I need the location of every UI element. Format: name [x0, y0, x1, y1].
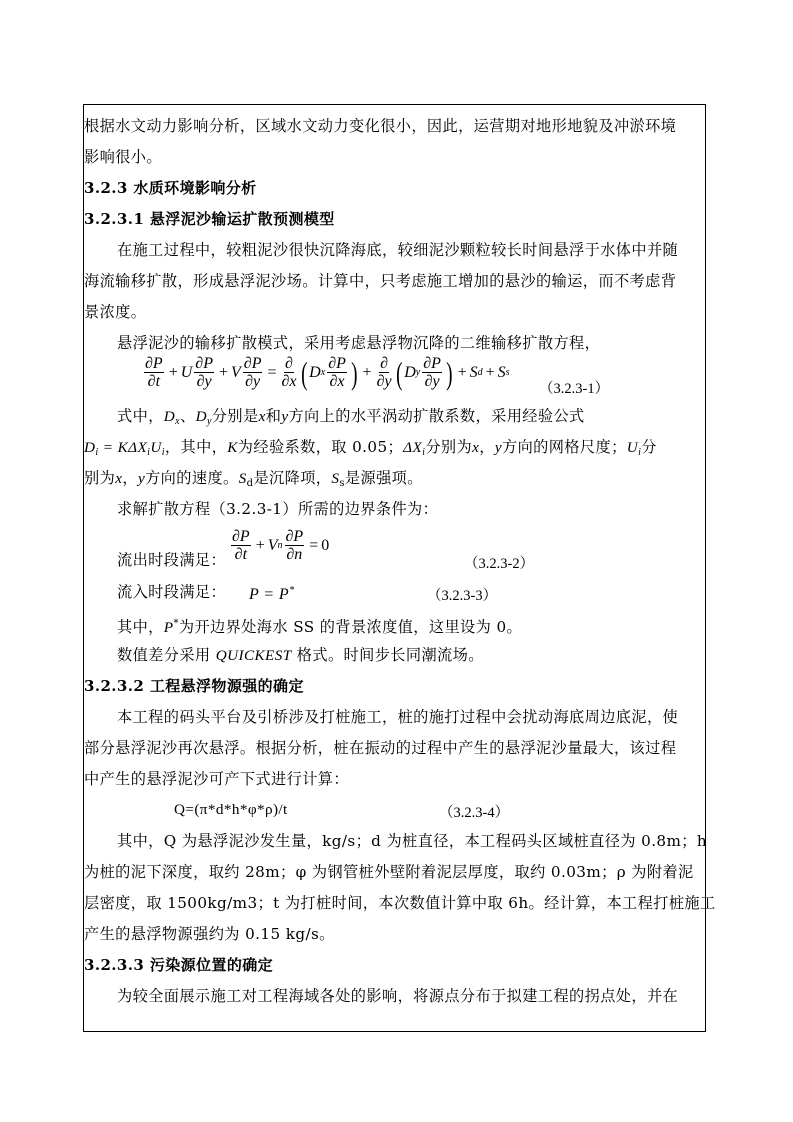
text-run: 分	[641, 438, 657, 456]
paragraph-line: 式中，Dx、Dy分别是x和y方向上的水平涡动扩散系数，采用经验公式	[117, 407, 585, 431]
math-operator: +	[219, 364, 228, 382]
paragraph-line: 别为x，y方向的速度。Sd是沉降项，Ss是源强项。	[84, 469, 423, 493]
equation-inflow-boundary: P = P*	[249, 582, 294, 604]
text-run: 为开边界处海水 SS 的背景浓度值，这里设为 0。	[179, 618, 522, 636]
text-run: ，	[479, 438, 495, 456]
math-subscript: d	[478, 367, 483, 378]
math-superscript: *	[289, 585, 294, 596]
text-run: 其中，	[117, 618, 164, 636]
math-term: ∂n	[286, 546, 302, 563]
text-run: 是沉降项，	[253, 469, 331, 487]
text-run: ，	[122, 469, 138, 487]
math-var: = KΔX	[99, 439, 148, 456]
math-subscript: s	[506, 367, 510, 378]
math-var: U	[627, 439, 638, 456]
text-run: 方向的网格尺度；	[502, 438, 627, 456]
math-term: ∂y	[197, 373, 212, 390]
subsection-heading: 3.2.3.3 污染源位置的确定	[84, 956, 273, 974]
math-term: 0	[321, 537, 329, 555]
paragraph-line: 影响很小。	[84, 148, 162, 166]
math-term: ∂	[284, 355, 294, 373]
equation-number: （3.2.3-4）	[439, 801, 509, 822]
math-term: ∂	[379, 355, 389, 373]
text-run: ，其中，	[165, 438, 227, 456]
math-paren: (	[396, 358, 402, 388]
paragraph-line: 部分悬浮泥沙再次悬浮。根据分析，桩在振动的过程中产生的悬浮泥沙量最大，该过程	[84, 739, 676, 757]
math-term: ∂t	[235, 546, 247, 563]
equation-advection-diffusion: ∂P∂t + U ∂P∂y + V ∂P∂y = ∂∂x ( Dx ∂P∂x )…	[142, 355, 510, 390]
subsection-heading: 3.2.3.2 工程悬浮物源强的确定	[84, 677, 304, 695]
equation-source-strength: Q=(π*d*h*φ*ρ)/t	[174, 801, 288, 819]
text-run: 是源强项。	[345, 469, 423, 487]
math-operator: =	[309, 537, 318, 555]
paragraph-line: 层密度，取 1500kg/m3；t 为打桩时间，本次数值计算中取 6h。经计算，…	[84, 894, 716, 912]
text-run: 为经验系数，取 0.05；	[238, 438, 403, 456]
paragraph-line: 求解扩散方程（3.2.3-1）所需的边界条件为：	[117, 500, 438, 518]
paragraph-line: 为较全面展示施工对工程海域各处的影响，将源点分布于拟建工程的拐点处，并在	[117, 987, 678, 1005]
math-term: ∂P	[285, 528, 305, 546]
math-term: ∂y	[377, 373, 392, 390]
paragraph-line: 其中，Q 为悬浮泥沙发生量，kg/s；d 为桩直径，本工程码头区域桩直径为 0.…	[117, 832, 707, 850]
text-run: 数值差分采用	[117, 646, 216, 664]
text-run: 分别为	[425, 438, 472, 456]
equation-number: （3.2.3-1）	[539, 377, 609, 398]
math-term: ∂P	[231, 528, 251, 546]
section-heading: 3.2.3 水质环境影响分析	[84, 179, 257, 197]
math-var: K	[227, 439, 238, 456]
math-term: ∂P	[327, 355, 347, 373]
paragraph-line: 为桩的泥下深度，取约 28m；φ 为钢管桩外壁附着泥层厚度，取约 0.03m；ρ…	[84, 863, 694, 881]
math-operator: +	[256, 537, 265, 555]
math-var: P	[164, 619, 174, 636]
math-operator: +	[458, 364, 467, 382]
equation-outflow-boundary: ∂P∂t + Vn ∂P∂n = 0	[229, 528, 329, 563]
text-run: 别为	[84, 469, 115, 487]
math-term: ∂P	[144, 355, 164, 373]
math-term: ∂t	[148, 373, 160, 390]
paragraph-line: 其中，P*为开边界处海水 SS 的背景浓度值，这里设为 0。	[117, 615, 522, 637]
math-term: ∂P	[243, 355, 263, 373]
text-run: 格式。时间步长同潮流场。	[292, 646, 484, 664]
math-var: U	[150, 439, 161, 456]
math-term: ∂x	[282, 373, 297, 390]
math-operator: +	[363, 364, 372, 382]
math-paren: (	[301, 358, 307, 388]
text-run: 分别是	[212, 407, 259, 425]
math-term: ∂y	[245, 373, 260, 390]
paragraph-line: 根据水文动力影响分析，区域水文动力变化很小，因此，运营期对地形地貌及冲淤环境	[84, 117, 676, 135]
math-var: x	[259, 408, 266, 425]
math-operator: +	[486, 364, 495, 382]
math-term: ∂P	[194, 355, 214, 373]
paragraph-line: 中产生的悬浮泥沙可产下式进行计算：	[84, 770, 349, 788]
scheme-name: QUICKEST	[216, 647, 292, 664]
boundary-label-outflow: 流出时段满足：	[117, 551, 226, 569]
math-term: V	[268, 537, 278, 555]
math-paren: )	[446, 358, 452, 388]
math-term: V	[231, 364, 241, 382]
text-run: 方向上的水平涡动扩散系数，采用经验公式	[288, 407, 584, 425]
math-paren: )	[351, 358, 357, 388]
subsection-heading: 3.2.3.1 悬浮泥沙输运扩散预测模型	[84, 210, 335, 228]
paragraph-line: 数值差分采用 QUICKEST 格式。时间步长同潮流场。	[117, 646, 484, 665]
equation-number: （3.2.3-3）	[427, 584, 497, 605]
math-var: S	[239, 470, 247, 487]
math-var: D	[84, 439, 95, 456]
paragraph-line: 海流输移扩散，形成悬浮泥沙场。计算中，只考虑施工增加的悬沙的输运，而不考虑背	[84, 272, 676, 290]
math-term: S	[470, 364, 478, 382]
math-var: ΔX	[403, 439, 422, 456]
boundary-label-inflow: 流入时段满足：	[117, 583, 226, 601]
math-term: P = P	[249, 586, 289, 603]
equation-number: （3.2.3-2）	[464, 552, 534, 573]
math-subscript: n	[278, 540, 283, 551]
math-subscript: x	[321, 367, 325, 378]
text-run: 和	[266, 407, 282, 425]
paragraph-line: Di = KΔXiUi，其中，K为经验系数，取 0.05；ΔXi分别为x，y方向…	[84, 438, 657, 462]
math-term: D	[404, 364, 416, 382]
math-var: D	[164, 408, 175, 425]
paragraph-line: 悬浮泥沙的输移扩散模式，采用考虑悬浮物沉降的二维输移扩散方程，	[117, 334, 600, 352]
math-var: y	[495, 439, 502, 456]
math-term: ∂x	[330, 373, 345, 390]
math-subscript: y	[416, 367, 420, 378]
document-frame: 根据水文动力影响分析，区域水文动力变化很小，因此，运营期对地形地貌及冲淤环境 影…	[83, 104, 706, 1032]
math-operator: +	[169, 364, 178, 382]
math-term: D	[309, 364, 321, 382]
paragraph-line: 在施工过程中，较粗泥沙很快沉降海底，较细泥沙颗粒较长时间悬浮于水体中并随	[117, 241, 678, 259]
text-run: 、	[180, 407, 196, 425]
math-term: ∂y	[425, 373, 440, 390]
math-operator: =	[267, 364, 276, 382]
math-var: D	[196, 408, 207, 425]
math-term: U	[181, 364, 193, 382]
paragraph-line: 产生的悬浮物源强约为 0.15 kg/s。	[84, 925, 335, 943]
math-term: S	[498, 364, 506, 382]
paragraph-line: 景浓度。	[84, 303, 146, 321]
math-term: ∂P	[422, 355, 442, 373]
text-run: 方向的速度。	[145, 469, 239, 487]
text-run: 式中，	[117, 407, 164, 425]
paragraph-line: 本工程的码头平台及引桥涉及打桩施工，桩的施打过程中会扰动海底周边底泥，使	[117, 708, 678, 726]
